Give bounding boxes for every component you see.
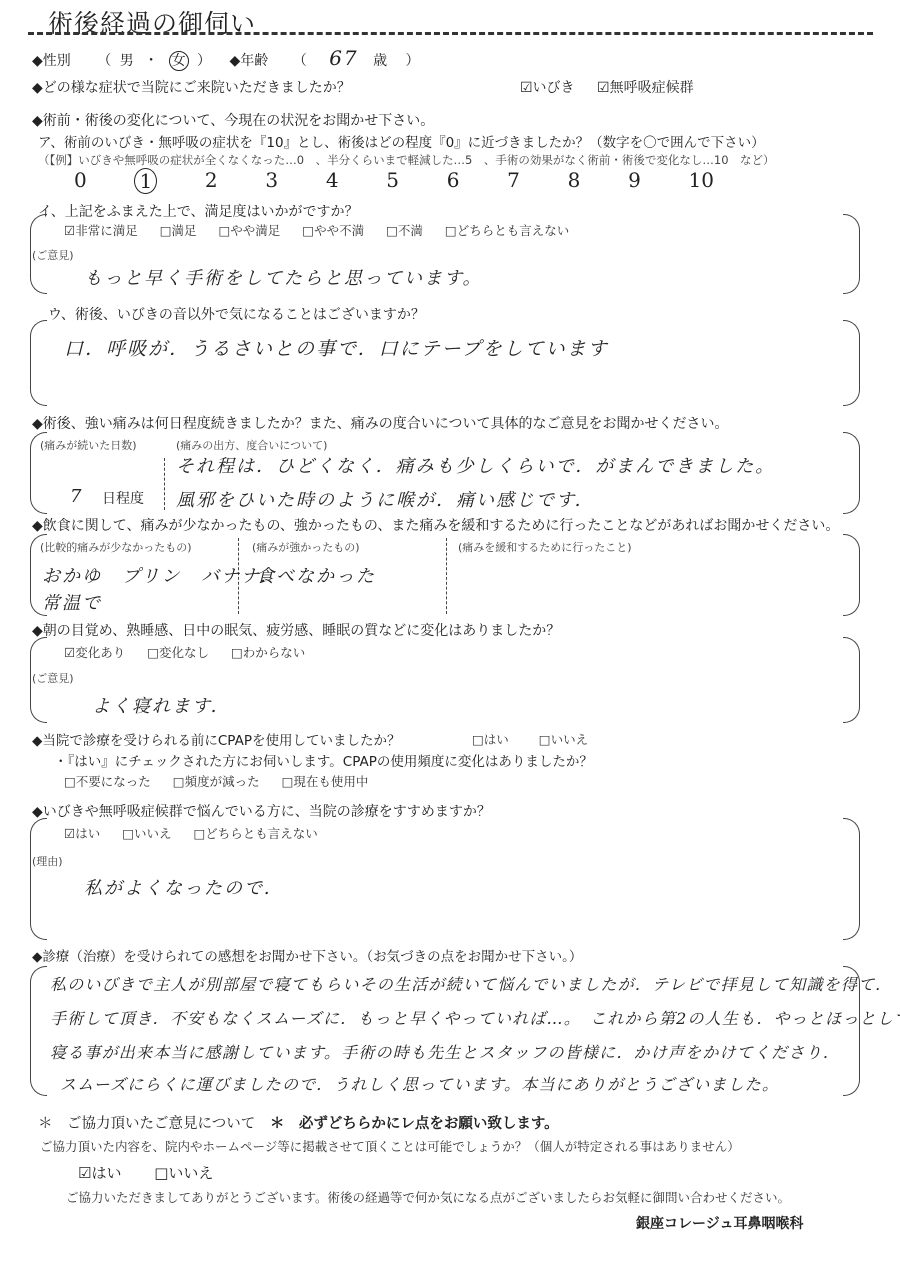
gender-option-female-circled[interactable]: 女 (169, 51, 189, 71)
checkbox-no-change[interactable]: □変化なし (147, 643, 209, 661)
impression-question: ◆診療（治療）を受けられての感想をお聞かせ下さい。（お気づきの点をお聞かせ下さい… (32, 945, 582, 965)
satisfaction-opinion[interactable]: もっと早く手術をしてたらと思っています。 (84, 264, 483, 290)
scale-10[interactable]: 10 (689, 168, 714, 194)
scale-row: 0 1 2 3 4 5 6 7 8 9 10 (74, 168, 714, 194)
age-label: ◆年齢 (230, 53, 269, 69)
clinic-name: 銀座コレージュ耳鼻咽喉科 (636, 1213, 803, 1233)
checkbox-snoring[interactable]: ☑いびき (520, 77, 575, 97)
scale-4[interactable]: 4 (326, 168, 339, 194)
checkbox-cpap-no[interactable]: □いいえ (539, 730, 588, 748)
cpap-followup: ・『はい』にチェックされた方にお伺いします。CPAPの使用頻度に変化はありました… (54, 750, 593, 770)
consent-options: ☑はい □いいえ (78, 1162, 231, 1183)
scale-3[interactable]: 3 (265, 168, 278, 194)
pain-days-value[interactable]: 7 (70, 486, 83, 507)
checkbox-recommend-neither[interactable]: □どちらとも言えない (194, 824, 318, 842)
symptoms-options: ☑いびき ☑無呼吸症候群 (520, 77, 712, 97)
consent-heading-bold: ＊ 必ずどちらかにレ点をお願い致します。 (270, 1116, 559, 1132)
food-less-label: (比較的痛みが少なかったもの) (40, 539, 192, 555)
impression-line-4[interactable]: スムーズにらくに運びましたので．うれしく思っています。本当にありがとうございまし… (60, 1072, 779, 1095)
pain-question: ◆術後、強い痛みは何日程度続きましたか？また、痛みの度合いについて具体的なご意見… (32, 413, 728, 433)
checkbox-satisfied[interactable]: □満足 (160, 221, 197, 239)
checkbox-frequency-reduced[interactable]: □頻度が減った (173, 772, 260, 790)
checkbox-recommend-no[interactable]: □いいえ (122, 824, 171, 842)
checkbox-sleep-apnea[interactable]: ☑無呼吸症候群 (597, 77, 694, 97)
cpap-question: ◆当院で診療を受けられる前にCPAPを使用していましたか？ (32, 729, 400, 749)
checkbox-cpap-yes[interactable]: □はい (472, 730, 509, 748)
change-example: （【例】いびきや無呼吸の症状が全くなくなった…0 、半分くらいまで軽減した…5 … (38, 152, 775, 168)
pain-degree-line-1[interactable]: それ程は．ひどくなく．痛みも少しくらいで．がまんできました。 (176, 452, 775, 478)
checkbox-changed[interactable]: ☑変化あり (64, 643, 125, 661)
checkbox-somewhat-satisfied[interactable]: □やや満足 (219, 221, 281, 239)
pain-divider (164, 458, 165, 510)
food-divider-2 (446, 538, 447, 614)
checkbox-still-using[interactable]: □現在も使用中 (282, 772, 369, 790)
checkbox-somewhat-dissatisfied[interactable]: □やや不満 (302, 221, 364, 239)
thanks-text: ご協力いただきましてありがとうございます。術後の経過等で何か気になる点がございま… (66, 1188, 790, 1206)
pain-days-label: (痛みが続いた日数) (40, 437, 137, 453)
checkbox-consent-yes[interactable]: ☑はい (78, 1162, 121, 1183)
food-strong-label: (痛みが強かったもの) (252, 539, 360, 555)
consent-question: ご協力頂いた内容を、院内やホームページ等に掲載させて頂くことは可能でしょうか？（… (40, 1137, 740, 1155)
scale-8[interactable]: 8 (568, 168, 581, 194)
sleep-options: ☑変化あり □変化なし □わからない (64, 643, 323, 661)
food-less-line-1[interactable]: おかゆ プリン バナナ． (42, 562, 280, 588)
food-strong-value[interactable]: 食べなかった (256, 562, 376, 588)
recommend-reason[interactable]: 私がよくなったので． (84, 874, 284, 900)
scale-9[interactable]: 9 (628, 168, 641, 194)
food-relief-label: (痛みを緩和するために行ったこと) (458, 539, 632, 555)
recommend-reason-label: (理由) (32, 853, 63, 869)
cpap-options: □はい □いいえ (472, 730, 606, 748)
checkbox-unknown[interactable]: □わからない (231, 643, 305, 661)
gender-label: ◆性別 (32, 53, 71, 69)
food-less-line-2[interactable]: 常温で (42, 589, 102, 615)
impression-line-3[interactable]: 寝る事が出来本当に感謝しています。手術の時も先生とスタッフの皆様に．かけ声をかけ… (50, 1040, 840, 1063)
checkbox-dissatisfied[interactable]: □不満 (386, 221, 423, 239)
scale-7[interactable]: 7 (507, 168, 520, 194)
pain-degree-line-2[interactable]: 風邪をひいた時のように喉が．痛い感じです． (176, 486, 595, 512)
scale-1-circled[interactable]: 1 (134, 168, 157, 194)
other-concerns-answer[interactable]: 口．呼吸が．うるさいとの事で．口にテープをしています (64, 334, 609, 361)
scale-0[interactable]: 0 (74, 168, 87, 194)
checkbox-neither[interactable]: □どちらとも言えない (445, 221, 569, 239)
sleep-opinion[interactable]: よく寝れます． (92, 692, 231, 718)
other-concerns-box (30, 320, 860, 406)
consent-heading: ＊ ご協力頂いたご意見について ＊ 必ずどちらかにレ点をお願い致します。 (38, 1112, 559, 1133)
satisfaction-options: ☑非常に満足 □満足 □やや満足 □やや不満 □不満 □どちらとも言えない (64, 221, 587, 239)
age-value[interactable]: 67 (329, 46, 358, 70)
pain-days-unit: 日程度 (102, 488, 144, 508)
checkbox-recommend-yes[interactable]: ☑はい (64, 824, 100, 842)
title-divider (28, 32, 873, 35)
cpap-followup-options: □不要になった □頻度が減った □現在も使用中 (64, 772, 386, 790)
checkbox-no-longer-needed[interactable]: □不要になった (64, 772, 151, 790)
change-a-question: ア、術前のいびき・無呼吸の症状を『10』とし、術後はどの程度『0』に近づきました… (38, 131, 765, 151)
satisfaction-opinion-label: (ご意見) (32, 247, 74, 263)
gender-option-male[interactable]: 男 (120, 53, 134, 69)
sleep-opinion-label: (ご意見) (32, 670, 74, 686)
recommend-options: ☑はい □いいえ □どちらとも言えない (64, 824, 336, 842)
symptoms-question: ◆どの様な症状で当院にご来院いただきましたか？ (32, 77, 351, 97)
scale-6[interactable]: 6 (447, 168, 460, 194)
gender-age-row: ◆性別 （ 男 ・ 女 ） ◆年齢 （ 67 歳 ） (32, 46, 420, 71)
impression-line-2[interactable]: 手術して頂き．不安もなくスムーズに．もっと早くやっていれば…。 これから第2の人… (50, 1006, 900, 1029)
scale-2[interactable]: 2 (205, 168, 218, 194)
change-question: ◆術前・術後の変化について、今現在の状況をお聞かせ下さい。 (32, 110, 434, 130)
checkbox-very-satisfied[interactable]: ☑非常に満足 (64, 221, 138, 239)
pain-degree-label: (痛みの出方、度合いについて) (176, 437, 327, 453)
checkbox-consent-no[interactable]: □いいえ (154, 1162, 213, 1183)
food-question: ◆飲食に関して、痛みが少なかったもの、強かったもの、また痛みを緩和するために行っ… (32, 515, 839, 535)
scale-5[interactable]: 5 (386, 168, 399, 194)
impression-line-1[interactable]: 私のいびきで主人が別部屋で寝てもらいその生活が続いて悩んでいましたが．テレビで拝… (50, 972, 892, 995)
